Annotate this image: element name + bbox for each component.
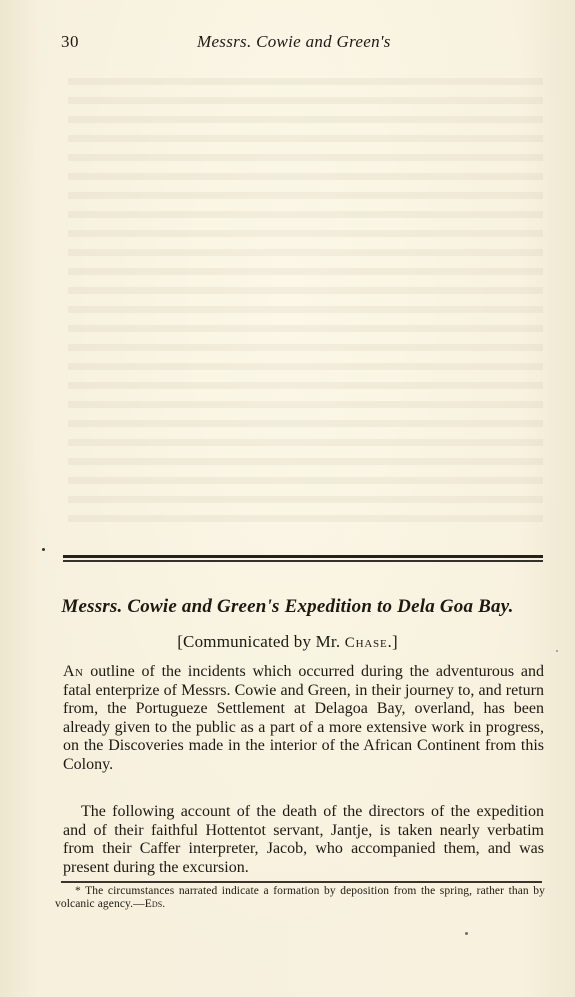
- paragraph-1-text: outline of the incidents which occurred …: [63, 663, 544, 773]
- running-title: Messrs. Cowie and Green's: [197, 32, 391, 52]
- footnote-text: The circumstances narrated indicate a fo…: [55, 885, 545, 910]
- paper-speck: [42, 548, 45, 551]
- byline-prefix: [Communicated by Mr.: [177, 632, 340, 651]
- rule-thick: [63, 555, 543, 558]
- paragraph-2: The following account of the death of th…: [63, 803, 544, 877]
- byline-suffix: .]: [388, 632, 398, 651]
- footnote-rule: [61, 881, 542, 883]
- paragraph-1-first-word: An: [63, 663, 84, 680]
- footnote: * The circumstances narrated indicate a …: [55, 885, 545, 910]
- book-page: 30 Messrs. Cowie and Green's Messrs. Cow…: [0, 0, 575, 997]
- article-byline: [Communicated by Mr. Chase.]: [0, 632, 575, 652]
- paragraph-1: An outline of the incidents which occurr…: [63, 663, 544, 775]
- paper-speck: [556, 650, 558, 652]
- section-divider-rule: [63, 555, 543, 563]
- running-head: 30 Messrs. Cowie and Green's: [0, 32, 575, 54]
- bleed-through-text: [68, 72, 543, 532]
- footnote-signature: Eds.: [145, 898, 166, 910]
- page-number: 30: [61, 32, 79, 52]
- byline-name: Chase: [345, 635, 388, 651]
- paper-speck: [465, 932, 468, 935]
- rule-thin: [63, 560, 543, 562]
- article-title: Messrs. Cowie and Green's Expedition to …: [0, 596, 575, 618]
